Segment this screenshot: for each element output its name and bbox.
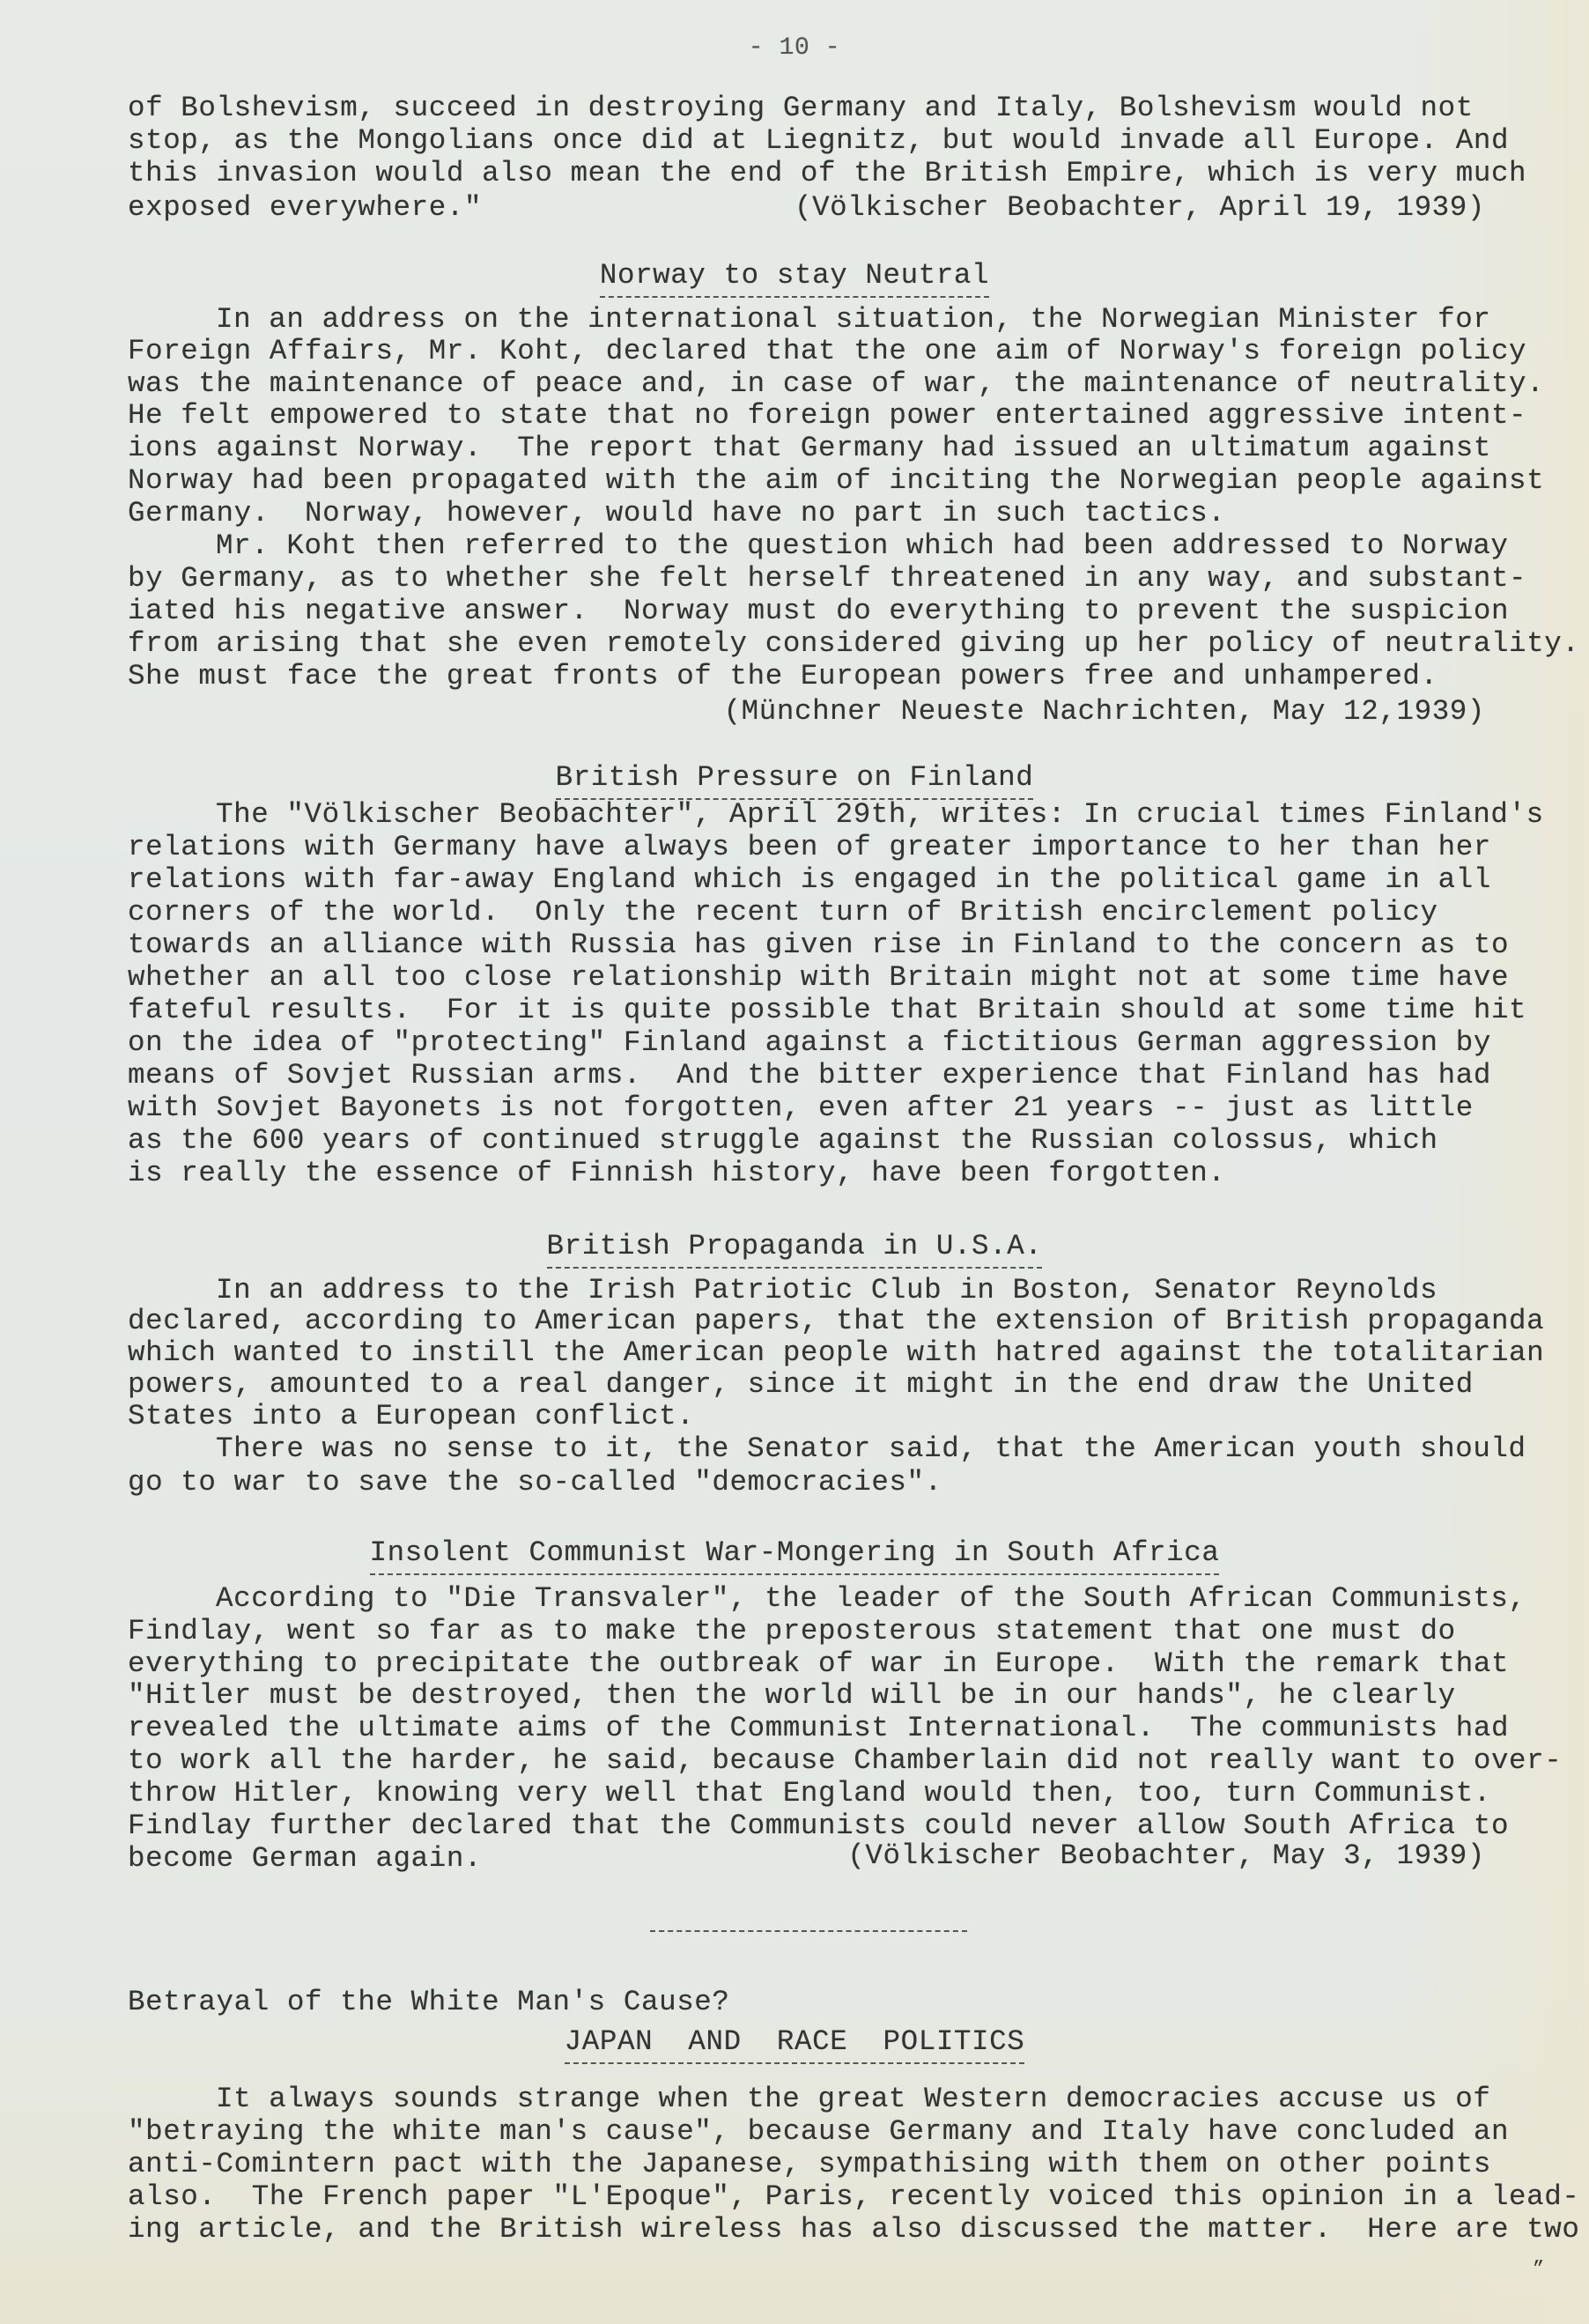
text-line: powers, amounted to a real danger, since… — [128, 1368, 1474, 1402]
text-line: The "Völkischer Beobachter", April 29th,… — [216, 798, 1544, 832]
text-line: It always sounds strange when the great … — [216, 2083, 1490, 2116]
text-line: revealed the ultimate aims of the Commun… — [128, 1712, 1509, 1745]
citation: (Münchner Neueste Nachrichten, May 12,19… — [724, 695, 1485, 729]
text-line: ing article, and the British wireless ha… — [128, 2213, 1579, 2246]
text-line: Foreign Affairs, Mr. Koht, declared that… — [128, 335, 1526, 368]
citation: (Völkischer Beobachter, April 19, 1939) — [794, 191, 1485, 225]
text-line: go to war to save the so-called "democra… — [128, 1466, 942, 1499]
text-line: this invasion would also mean the end of… — [128, 157, 1526, 190]
text-line: which wanted to instill the American peo… — [128, 1336, 1544, 1370]
text-line: from arising that she even remotely cons… — [128, 627, 1579, 661]
text-line: fateful results. For it is quite possibl… — [128, 994, 1526, 1027]
text-line: with Sovjet Bayonets is not forgotten, e… — [128, 1092, 1474, 1125]
text-line: Norway had been propagated with the aim … — [128, 464, 1544, 498]
text-line: Germany. Norway, however, would have no … — [128, 497, 1225, 530]
document-page: - 10 - of Bolshevism, succeed in destroy… — [0, 0, 1589, 2324]
section-heading: Norway to stay Neutral — [0, 259, 1589, 298]
text-line: by Germany, as to whether she felt herse… — [128, 562, 1526, 596]
text-line: Findlay, went so far as to make the prep… — [128, 1615, 1456, 1648]
text-line: become German again. — [128, 1842, 482, 1876]
text-line: relations with far-away England which is… — [128, 863, 1491, 897]
section-divider — [650, 1930, 967, 1932]
text-line: Mr. Koht then referred to the question w… — [216, 529, 1509, 563]
section-heading: British Pressure on Finland — [0, 761, 1589, 800]
text-line: She must face the great fronts of the Eu… — [128, 660, 1438, 693]
text-line: was the maintenance of peace and, in cas… — [128, 367, 1544, 401]
text-line: is really the essence of Finnish history… — [128, 1157, 1225, 1190]
text-line: throw Hitler, knowing very well that Eng… — [128, 1777, 1491, 1810]
text-line: also. The French paper "L'Epoque", Paris… — [128, 2180, 1579, 2214]
text-line: whether an all too close relationship wi… — [128, 961, 1509, 995]
section-heading: JAPAN AND RACE POLITICS — [0, 2025, 1589, 2064]
text-line: ions against Norway. The report that Ger… — [128, 432, 1491, 465]
text-line: iated his negative answer. Norway must d… — [128, 595, 1509, 628]
text-line: corners of the world. Only the recent tu… — [128, 896, 1438, 929]
text-line: "betraying the white man's cause", becau… — [128, 2115, 1509, 2149]
article-kicker: Betrayal of the White Man's Cause? — [128, 1986, 730, 2019]
page-number: - 10 - — [0, 32, 1589, 65]
text-line: According to "Die Transvaler", the leade… — [216, 1582, 1526, 1616]
text-line: States into a European conflict. — [128, 1400, 694, 1433]
text-line: exposed everywhere." — [128, 191, 482, 225]
text-line: He felt empowered to state that no forei… — [128, 399, 1526, 433]
text-line: In an address on the international situa… — [216, 303, 1490, 337]
text-line: There was no sense to it, the Senator sa… — [216, 1432, 1526, 1466]
text-line: on the idea of "protecting" Finland agai… — [128, 1026, 1491, 1060]
text-line: towards an alliance with Russia has give… — [128, 929, 1509, 962]
text-line: relations with Germany have always been … — [128, 831, 1491, 864]
text-line: Findlay further declared that the Commun… — [128, 1810, 1509, 1843]
text-line: means of Sovjet Russian arms. And the bi… — [128, 1059, 1491, 1092]
section-heading: Insolent Communist War-Mongering in Sout… — [0, 1536, 1589, 1575]
text-line: everything to precipitate the outbreak o… — [128, 1647, 1509, 1681]
text-line: "Hitler must be destroyed, then the worl… — [128, 1679, 1456, 1713]
section-heading: British Propaganda in U.S.A. — [0, 1230, 1589, 1269]
text-line: declared, according to American papers, … — [128, 1305, 1544, 1338]
text-line: of Bolshevism, succeed in destroying Ger… — [128, 92, 1474, 125]
text-line: In an address to the Irish Patriotic Clu… — [216, 1274, 1437, 1307]
text-line: stop, as the Mongolians once did at Lieg… — [128, 124, 1509, 158]
text-line: as the 600 years of continued struggle a… — [128, 1124, 1438, 1158]
text-line: to work all the harder, he said, because… — [128, 1744, 1562, 1778]
text-line: anti-Comintern pact with the Japanese, s… — [128, 2148, 1491, 2181]
citation: (Völkischer Beobachter, May 3, 1939) — [847, 1839, 1485, 1873]
continuation-mark: „ — [1533, 2246, 1544, 2268]
